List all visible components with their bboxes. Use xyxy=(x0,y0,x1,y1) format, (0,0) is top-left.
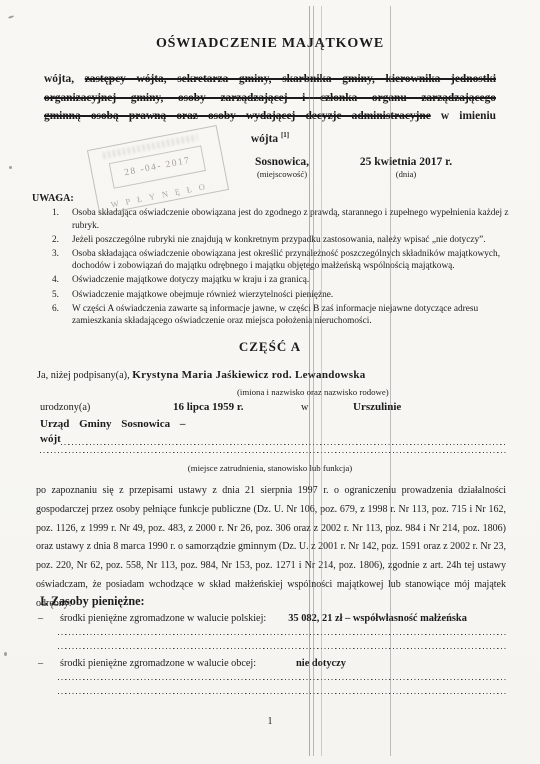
page-number: 1 xyxy=(0,716,540,727)
date-hint: (dnia) xyxy=(346,169,466,179)
money-value-foreign: nie dotyczy xyxy=(296,658,346,669)
stamp-date: 28 -04- 2017 xyxy=(124,156,192,179)
place-hint: (miejscowość) xyxy=(236,169,328,179)
note-item: 6.W części A oświadczenia zawarte są inf… xyxy=(52,303,510,328)
footnote-ref: [1] xyxy=(281,131,289,139)
notes-list: 1.Osoba składająca oświadczenie obowiąza… xyxy=(52,207,510,329)
note-item: 4.Oświadczenie majątkowe dotyczy majątku… xyxy=(52,274,510,287)
scan-speck xyxy=(8,15,14,19)
dotted-fill-line xyxy=(58,634,506,635)
scanned-document-page: OŚWIADCZENIE MAJĄTKOWE wójta, zastępcy w… xyxy=(0,0,540,764)
subtitle-line-2: organizacyjnej gminy, osoby zarządzające… xyxy=(44,89,496,108)
money-item-pln: – środki pieniężne zgromadzone w walucie… xyxy=(38,613,506,624)
bullet-dash: – xyxy=(38,658,60,669)
dotted-fill-line xyxy=(40,452,506,453)
part-a-heading: CZĘŚĆ A xyxy=(0,339,540,355)
place-value: Sosnowica, xyxy=(236,156,328,168)
document-title: OŚWIADCZENIE MAJĄTKOWE xyxy=(0,36,540,52)
note-item: 2.Jeżeli poszczególne rubryki nie znajdu… xyxy=(52,234,510,247)
employer-role-line: wójt xyxy=(40,433,506,446)
money-item-foreign: – środki pieniężne zgromadzone w walucie… xyxy=(38,658,506,669)
dotted-fill-line xyxy=(61,434,506,446)
birth-place: Urszulinie xyxy=(353,401,401,413)
name-hint: (imiona i nazwisko oraz nazwisko rodowe) xyxy=(237,387,389,397)
employment-hint: (miejsce zatrudnienia, stanowisko lub fu… xyxy=(0,463,540,473)
subtitle-line-3: gminną osobą prawną oraz osoby wydającej… xyxy=(44,107,496,126)
document-subtitle: wójta, zastępcy wójta, sekretarza gminy,… xyxy=(44,70,496,148)
date-value: 25 kwietnia 2017 r. xyxy=(346,156,466,168)
dotted-fill-line xyxy=(58,693,506,694)
employer-role: wójt xyxy=(40,433,61,446)
scan-speck xyxy=(9,166,12,169)
employer-line: Urząd Gminy Sosnowica – xyxy=(40,418,185,430)
dotted-fill-line xyxy=(58,679,506,680)
place-block: Sosnowica, (miejscowość) xyxy=(236,156,328,179)
declarant-name: Krystyna Maria Jaśkiewicz rod. Lewandows… xyxy=(132,369,365,381)
date-block: 25 kwietnia 2017 r. (dnia) xyxy=(346,156,466,179)
birth-date: 16 lipca 1959 r. xyxy=(173,401,244,413)
section-1-heading: I. Zasoby pieniężne: xyxy=(40,594,145,609)
born-label: urodzony(a) xyxy=(40,402,90,413)
note-item: 3.Osoba składająca oświadczenie obowiąza… xyxy=(52,248,510,273)
declarant-line: Ja, niżej podpisany(a), Krystyna Maria J… xyxy=(37,369,366,381)
dotted-fill-line xyxy=(58,648,506,649)
struck-text: gminną osobą prawną oraz osoby wydającej… xyxy=(44,110,431,122)
money-value-pln: 35 082, 21 zł – współwłasność małżeńska xyxy=(288,613,467,624)
notes-label: UWAGA: xyxy=(32,193,74,204)
scan-speck xyxy=(4,652,7,656)
struck-text: organizacyjnej gminy, osoby zarządzające… xyxy=(44,92,496,104)
note-item: 5.Oświadczenie majątkowe obejmuje równie… xyxy=(52,289,510,302)
struck-text: zastępcy wójta, sekretarza gminy, skarbn… xyxy=(85,73,496,85)
bullet-dash: – xyxy=(38,613,60,624)
subtitle-line-1: wójta, zastępcy wójta, sekretarza gminy,… xyxy=(44,70,496,89)
born-in-label: w xyxy=(301,402,308,413)
